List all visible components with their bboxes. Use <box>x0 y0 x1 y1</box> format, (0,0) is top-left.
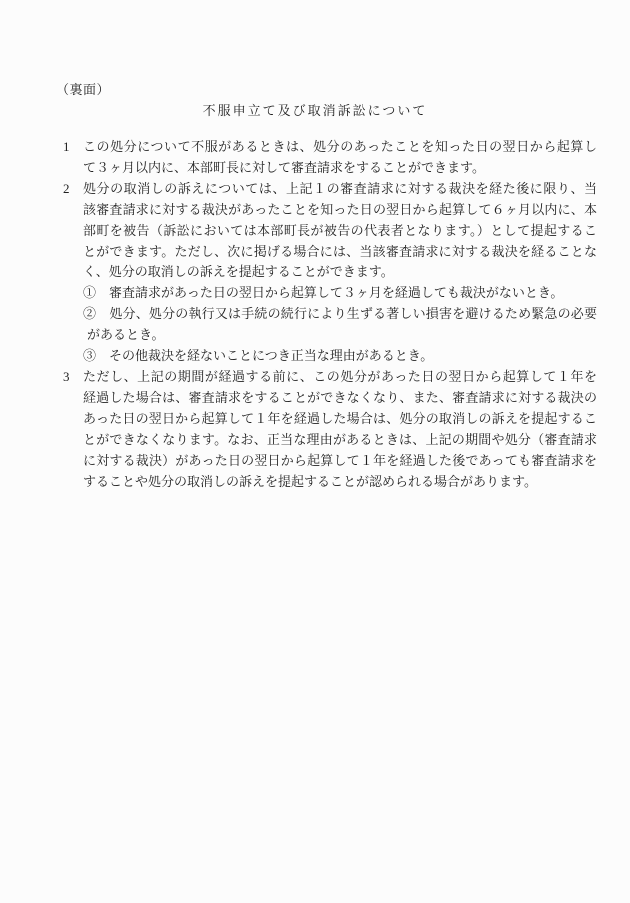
section-2-line: く、処分の取消しの訴えを提起することができます。 <box>62 262 597 283</box>
line-text: ただし、上記の期間が経過する前に、この処分があった日の翌日から起算して１年を <box>83 369 597 384</box>
line-text: に対する裁決）があった日の翌日から起算して１年を経過した後であっても審査請求を <box>83 453 597 468</box>
line-text: 処分の取消しの訴えについては、上記１の審査請求に対する裁決を経た後に限り、当 <box>83 181 597 196</box>
line-text: とができます。ただし、次に掲げる場合には、当該審査請求に対する裁決を経ることな <box>83 244 597 259</box>
section-3-line: 3ただし、上記の期間が経過する前に、この処分があった日の翌日から起算して１年を <box>62 367 597 388</box>
line-text: することや処分の取消しの訴えを提起することが認められる場合があります。 <box>83 474 537 489</box>
section-2-line: 該審査請求に対する裁決があったことを知った日の翌日から起算して６ヶ月以内に、本 <box>62 200 597 221</box>
line-text: があるとき。 <box>87 327 164 342</box>
line-text: この処分について不服があるときは、処分のあったことを知った日の翌日から起算し <box>83 139 597 154</box>
line-text: て３ヶ月以内に、本部町長に対して審査請求をすることができます。 <box>83 160 485 175</box>
line-text: 該審査請求に対する裁決があったことを知った日の翌日から起算して６ヶ月以内に、本 <box>83 202 597 217</box>
section-2-subitem-3: ③ その他裁決を経ないことにつき正当な理由があるとき。 <box>62 346 597 367</box>
section-2-line: とができます。ただし、次に掲げる場合には、当該審査請求に対する裁決を経ることな <box>62 242 597 263</box>
section-3-line: あった日の翌日から起算して１年を経過した場合は、処分の取消しの訴えを提起するこ <box>62 409 597 430</box>
section-2-number: 2 <box>63 179 70 200</box>
section-2-line: 2処分の取消しの訴えについては、上記１の審査請求に対する裁決を経た後に限り、当 <box>62 179 597 200</box>
line-text: く、処分の取消しの訴えを提起することができます。 <box>83 264 394 279</box>
line-text: ② 処分、処分の執行又は手続の続行により生ずる著しい損害を避けるため緊急の必要 <box>83 306 597 321</box>
section-3-number: 3 <box>63 367 70 388</box>
line-text: 部町を被告（訴訟においては本部町長が被告の代表者となります。）として提起するこ <box>83 223 597 238</box>
section-3-line: とができなくなります。なお、正当な理由があるときは、上記の期間や処分（審査請求 <box>62 430 597 451</box>
section-1-line: 1この処分について不服があるときは、処分のあったことを知った日の翌日から起算し <box>62 137 597 158</box>
section-2-subitem-2-continuation: があるとき。 <box>62 325 597 346</box>
section-2-subitem-1: ① 審査請求があった日の翌日から起算して３ヶ月を経過しても裁決がないとき。 <box>62 283 597 304</box>
line-text: とができなくなります。なお、正当な理由があるときは、上記の期間や処分（審査請求 <box>83 432 597 447</box>
section-1-number: 1 <box>63 137 70 158</box>
section-2-line: 部町を被告（訴訟においては本部町長が被告の代表者となります。）として提起するこ <box>62 221 597 242</box>
line-text: 経過した場合は、審査請求をすることができなくなり、また、審査請求に対する裁決の <box>83 390 597 405</box>
line-text: あった日の翌日から起算して１年を経過した場合は、処分の取消しの訴えを提起するこ <box>83 411 597 426</box>
line-text: ③ その他裁決を経ないことにつき正当な理由があるとき。 <box>83 348 433 363</box>
document-title: 不服申立て及び取消訴訟について <box>0 100 630 119</box>
section-2-subitem-2: ② 処分、処分の執行又は手続の続行により生ずる著しい損害を避けるため緊急の必要 <box>62 304 597 325</box>
line-text: ① 審査請求があった日の翌日から起算して３ヶ月を経過しても裁決がないとき。 <box>83 285 563 300</box>
document-page: （裏面） 不服申立て及び取消訴訟について 1この処分について不服があるときは、処… <box>0 0 630 903</box>
backside-label: （裏面） <box>56 79 110 98</box>
section-3-line: することや処分の取消しの訴えを提起することが認められる場合があります。 <box>62 472 597 493</box>
document-body: 1この処分について不服があるときは、処分のあったことを知った日の翌日から起算し … <box>62 137 597 492</box>
section-1-line: て３ヶ月以内に、本部町長に対して審査請求をすることができます。 <box>62 158 597 179</box>
section-3-line: 経過した場合は、審査請求をすることができなくなり、また、審査請求に対する裁決の <box>62 388 597 409</box>
section-3-line: に対する裁決）があった日の翌日から起算して１年を経過した後であっても審査請求を <box>62 451 597 472</box>
